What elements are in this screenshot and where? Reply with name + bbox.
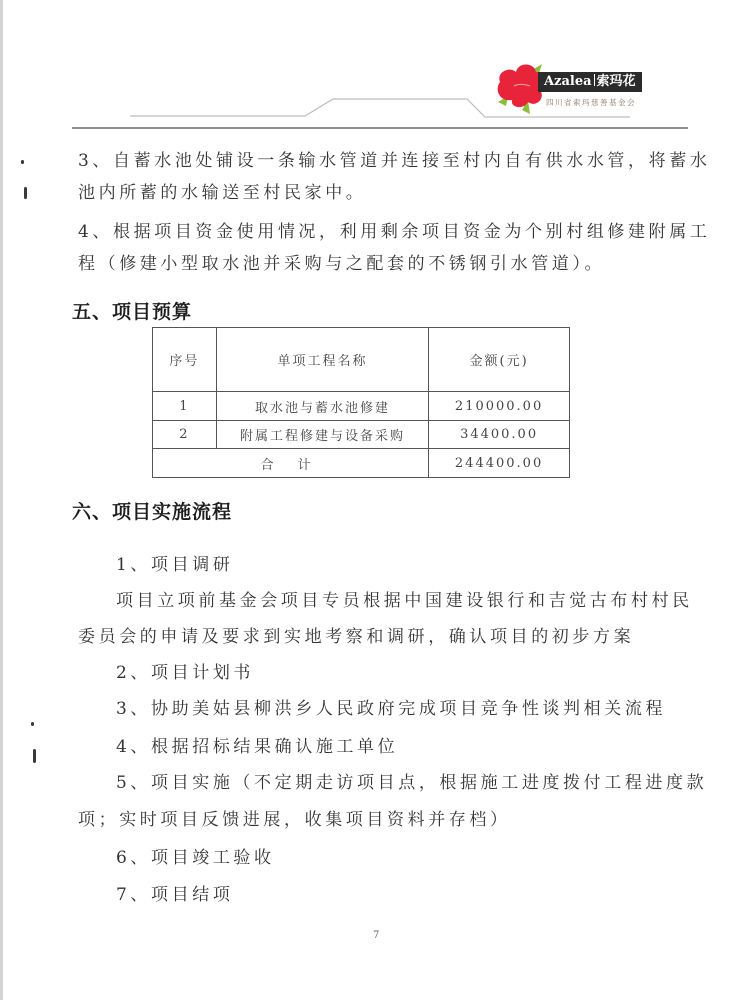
item-4-line-2: 程（修建小型取水池并采购与之配套的不锈钢引水管道）。 [78,249,605,274]
total-amount: 244400.00 [429,449,570,478]
row-2-no: 2 [153,421,217,449]
item-3-line-2: 池内所蓄的水输送至村民家中。 [78,178,366,203]
table-row: 1 取水池与蓄水池修建 210000.00 [153,392,570,421]
step-1-title: 1、项目调研 [116,550,233,575]
step-1-desc-line-2: 委员会的申请及要求到实地考察和调研，确认项目的初步方案 [78,622,634,647]
logo-brand-en: Azalea [544,74,592,89]
step-5-title-line-1: 5、项目实施（不定期走访项目点，根据施工进度拨付工程进度款 [116,768,707,793]
scan-speck [33,749,36,763]
scan-speck [31,722,34,726]
table-row: 2 附属工程修建与设备采购 34400.00 [153,421,570,449]
row-1-name: 取水池与蓄水池修建 [216,392,428,421]
section-6-title: 六、项目实施流程 [72,497,232,524]
section-5-title: 五、项目预算 [72,297,192,324]
budget-table-header-row: 序号 单项工程名称 金额(元) [153,328,570,392]
row-2-amount: 34400.00 [429,421,570,449]
foundation-logo: Azalea索玛花 四川省索玛慈善基金会 [492,60,682,116]
step-6-title: 6、项目竣工验收 [116,843,275,868]
step-2-title: 2、项目计划书 [116,658,254,683]
step-4-title: 4、根据招标结果确认施工单位 [116,732,398,757]
step-5-title-line-2: 项；实时项目反馈进展，收集项目资料并存档） [78,805,511,830]
row-1-no: 1 [153,392,217,421]
row-1-amount: 210000.00 [429,392,570,421]
step-1-desc-line-1: 项目立项前基金会项目专员根据中国建设银行和吉觉古布村村民 [116,586,693,611]
header-amount: 金额(元) [429,328,570,392]
item-3-line-1: 3、自蓄水池处铺设一条输水管道并连接至村内自有供水水管，将蓄水 [78,146,710,171]
page-number: 7 [373,930,379,941]
total-label: 合 计 [153,449,429,478]
scan-page-edge [0,0,3,1000]
budget-table: 序号 单项工程名称 金额(元) 1 取水池与蓄水池修建 210000.00 2 … [152,327,570,478]
scan-speck [21,160,24,164]
header-item-name: 单项工程名称 [216,328,428,392]
logo-brand-band: Azalea索玛花 [538,72,642,92]
scan-speck [24,187,27,199]
step-7-title: 7、项目结项 [116,880,233,905]
row-2-name: 附属工程修建与设备采购 [216,421,428,449]
table-total-row: 合 计 244400.00 [153,449,570,478]
step-3-title: 3、协助美姑县柳洪乡人民政府完成项目竞争性谈判相关流程 [116,694,666,719]
logo-subtitle: 四川省索玛慈善基金会 [546,97,636,108]
item-4-line-1: 4、根据项目资金使用情况，利用剩余项目资金为个别村组修建附属工 [78,217,710,242]
logo-brand-cn: 索玛花 [597,74,636,89]
header-seq-no: 序号 [153,328,217,392]
